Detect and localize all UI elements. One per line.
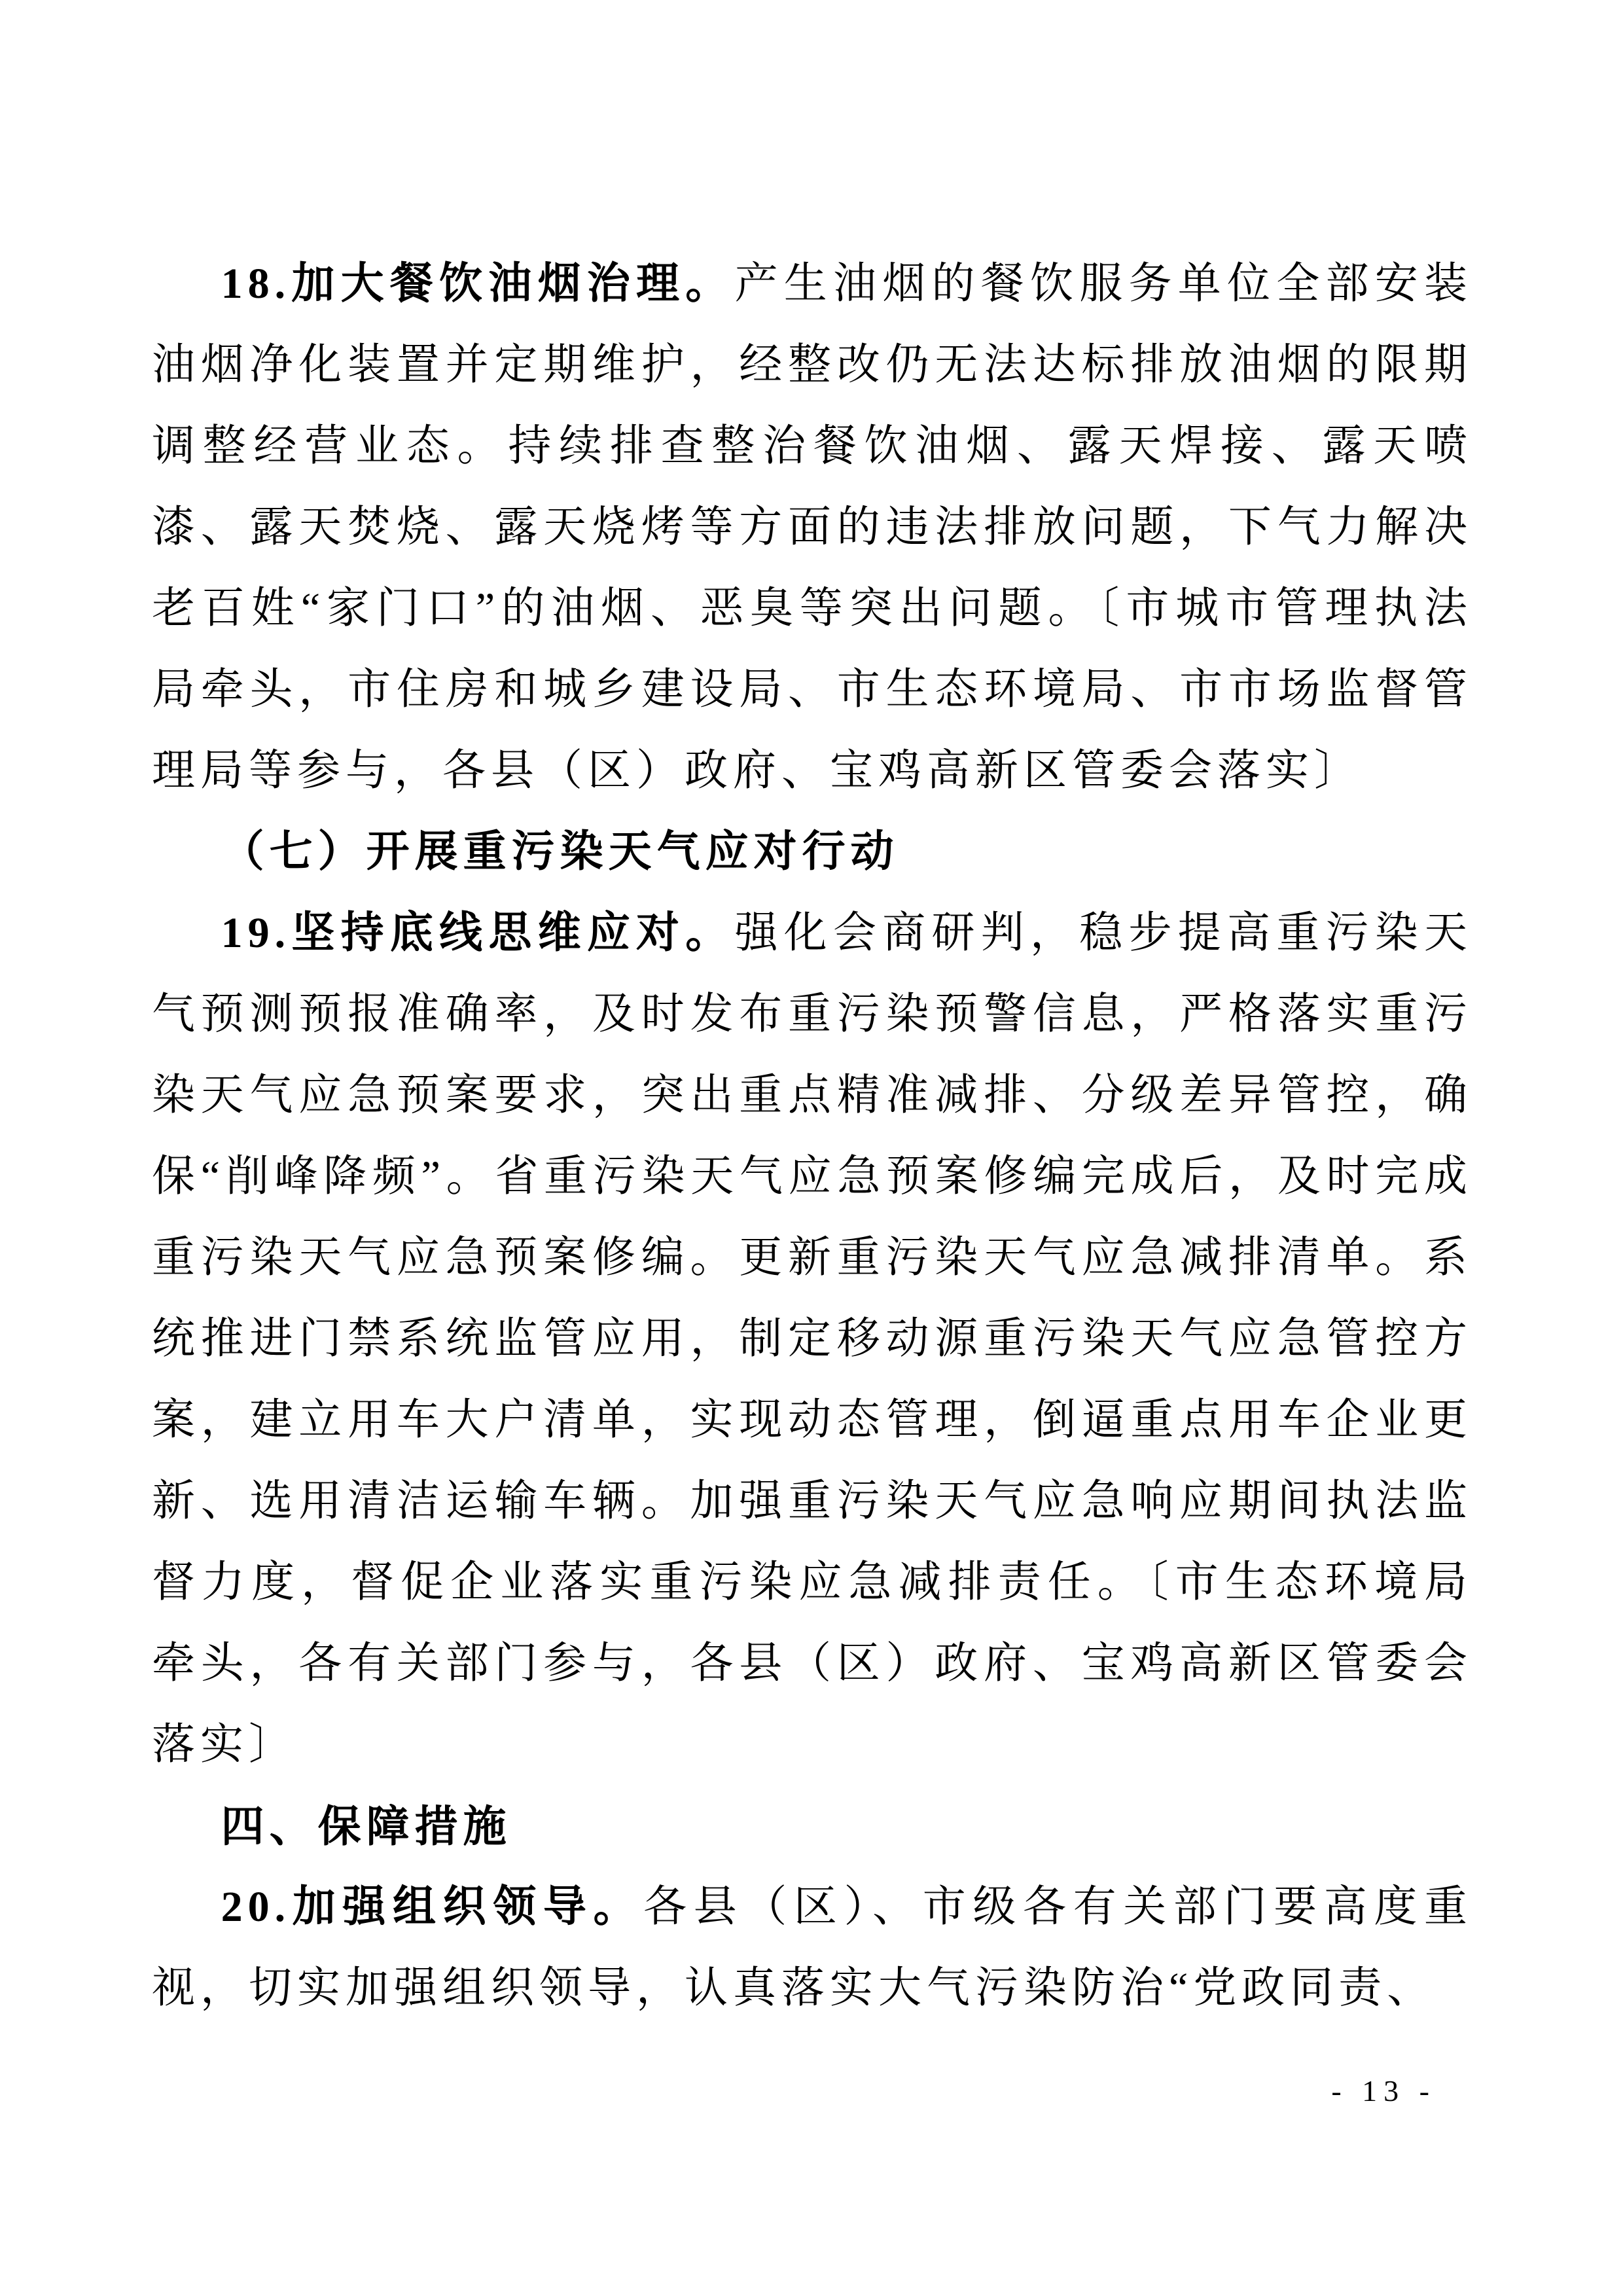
paragraph-20: 20.加强组织领导。各县（区）、市级各有关部门要高度重视，切实加强组织领导，认真… <box>152 1867 1472 2029</box>
page-number: - 13 - <box>1331 2073 1436 2108</box>
paragraph-18-lead: 18.加大餐饮油烟治理。 <box>221 260 735 308</box>
document-body: 18.加大餐饮油烟治理。产生油烟的餐饮服务单位全部安装油烟净化装置并定期维护，经… <box>152 243 1472 2029</box>
document-page: 18.加大餐饮油烟治理。产生油烟的餐饮服务单位全部安装油烟净化装置并定期维护，经… <box>0 0 1623 2296</box>
paragraph-19-body: 强化会商研判，稳步提高重污染天气预测预报准确率，及时发布重污染预警信息，严格落实… <box>152 909 1472 1768</box>
paragraph-18-body: 产生油烟的餐饮服务单位全部安装油烟净化装置并定期维护，经整改仍无法达标排放油烟的… <box>152 260 1472 795</box>
paragraph-19: 19.坚持底线思维应对。强化会商研判，稳步提高重污染天气预测预报准确率，及时发布… <box>152 893 1472 1785</box>
paragraph-20-lead: 20.加强组织领导。 <box>221 1883 643 1931</box>
chapter-heading-4: 四、保障措施 <box>152 1785 1472 1867</box>
paragraph-19-lead: 19.坚持底线思维应对。 <box>221 909 735 957</box>
paragraph-18: 18.加大餐饮油烟治理。产生油烟的餐饮服务单位全部安装油烟净化装置并定期维护，经… <box>152 243 1472 812</box>
section-heading-7: （七）开展重污染天气应对行动 <box>152 812 1472 893</box>
